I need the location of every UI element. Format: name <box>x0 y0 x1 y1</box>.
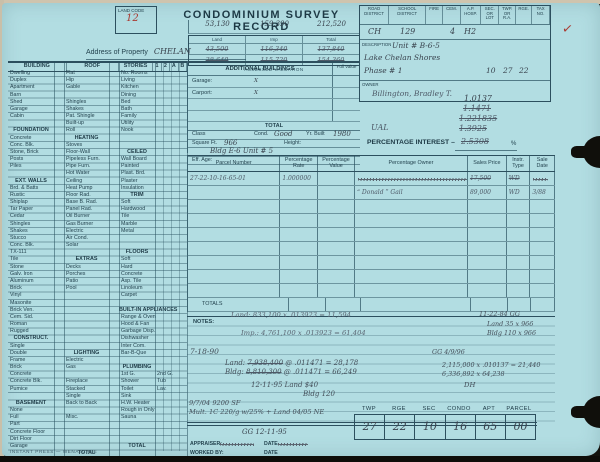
parcel-cell-date <box>530 172 555 185</box>
rule <box>332 111 333 122</box>
parcel-cell-type <box>507 242 531 255</box>
checklist-row: Conc. Blk.Solar <box>8 242 187 249</box>
checklist-cell: Base B. Rad. <box>64 199 109 206</box>
checklist-cell <box>64 92 109 99</box>
checklist-cell: Concrete Floor <box>8 429 54 436</box>
checklist-row: PumiceStackedToiletLav. <box>8 386 187 393</box>
checklist-cell: Floor-Wall <box>64 149 109 156</box>
parcel-cell-price: 17,500 <box>468 172 507 185</box>
rule <box>332 76 333 87</box>
checklist-cell: Ceiling <box>64 178 109 185</box>
checklist-cell <box>119 242 155 249</box>
checklist-cell: Shingles <box>8 221 54 228</box>
scribbled-entry <box>358 178 467 181</box>
checklist-row: VinylCarpet <box>8 292 187 299</box>
checklist-cell <box>119 142 155 149</box>
parcel-cell-parcel <box>188 186 280 199</box>
district-column-label: FIRE <box>426 6 443 24</box>
parcel-cell-rate <box>280 284 318 297</box>
date-label: DATE <box>264 441 278 447</box>
legal-description: DESCRIPTION Unit # B-6-5 Lake Chelan Sho… <box>360 40 550 81</box>
checklist-cell: Hot Water <box>64 170 109 177</box>
checklist-row: DwellingFlatNo. Rooms <box>8 70 187 77</box>
district-column-label: CEM. <box>443 6 461 24</box>
checklist-item-label: Lav. <box>157 386 167 393</box>
checklist-row: NoneRough in Only <box>8 407 187 414</box>
parcel-cell-rate <box>280 200 318 213</box>
parcel-cell-price <box>468 242 507 255</box>
parcel-cell-owner: “ Donald ” Gail <box>355 186 468 199</box>
checklist-row: Dirt Floor <box>8 436 187 443</box>
parcel-cell-rate <box>280 270 318 283</box>
checklist-cell: Electric <box>64 228 109 235</box>
parcel-cell-text: “ Donald ” Gail <box>357 189 403 196</box>
rule <box>54 61 55 458</box>
checklist-row: Hot WaterPlast. Brd. <box>8 170 187 177</box>
checklist-cell: Concrete <box>8 371 54 378</box>
checklist-cell: None <box>8 407 54 414</box>
checklist-cell: Pipeless Furn. <box>64 156 109 163</box>
checklist-row: FrameElectric <box>8 357 187 364</box>
parcel-table-row <box>187 270 555 284</box>
rule <box>163 61 164 451</box>
district-column-label: SEC. OR LOT <box>481 6 499 24</box>
checklist-cell: Back to Back <box>64 400 109 407</box>
parcel-cell-date <box>530 242 555 255</box>
checklist-cell: Gas <box>64 364 109 371</box>
checklist-cell: Brick <box>8 285 54 292</box>
address-underline <box>86 59 246 60</box>
building-checklist: DwellingFlatNo. RoomsDuplexHipLivingApar… <box>8 70 187 458</box>
checklist-cell: Shiplap <box>8 199 54 206</box>
additional-building-mark: X <box>254 88 258 99</box>
checklist-cell: Dwelling <box>8 70 54 77</box>
parcel-table-column-header: Percentage Owner <box>355 156 468 171</box>
checklist-cell: Full <box>8 414 54 421</box>
district-column-label: A.P. HOSP. <box>461 6 481 24</box>
checklist-cell: Pipe Furn. <box>64 163 109 170</box>
scan-edge-bottom <box>0 456 600 462</box>
description-twp: 27 <box>503 66 513 75</box>
parcel-id-value: 10 <box>415 415 445 439</box>
parcel-cell-value <box>318 200 355 213</box>
checklist-cell: Porches <box>64 271 109 278</box>
checklist-cell: Nook <box>119 127 155 134</box>
handwritten-note: Bldg 120 <box>303 390 335 398</box>
handwritten-note: 12-11-95 Land $40 <box>251 381 318 389</box>
checklist-cell: HEATING <box>64 135 109 142</box>
rule <box>332 88 333 99</box>
struck-note-text: 7,938,400 <box>247 359 283 367</box>
parcel-id-header: APT <box>474 406 504 412</box>
checklist-cell: Soft <box>119 199 155 206</box>
additional-building-row <box>188 111 360 123</box>
checklist-cell: Tile <box>8 256 54 263</box>
checklist-item-label: Shower <box>121 378 139 384</box>
percentage-side-note: UAL <box>371 123 389 132</box>
parcel-cell-owner <box>355 284 468 297</box>
checklist-row: ShedShinglesBed <box>8 99 187 106</box>
parcel-id-value: 65 <box>476 415 506 439</box>
district-panel: ROAD DISTRICTSCHOOL DISTRICTFIRECEM.A.P.… <box>359 5 551 102</box>
checklist-cell: Bar-B-Que <box>119 350 155 357</box>
class-label: Class <box>192 131 205 137</box>
checklist-cell: Utility <box>119 120 155 127</box>
checklist-cell: Stone <box>8 264 54 271</box>
parcel-id-header: RGE <box>384 406 414 412</box>
checklist-row: ShakesElectricMetal <box>8 228 187 235</box>
handwritten-note: Land: 833,100 x .013923 = 11,594 <box>231 311 351 319</box>
handwritten-note: 6,336,892 x 64,238 <box>442 370 505 378</box>
checklist-cell <box>119 436 155 443</box>
parcel-cell-value <box>318 256 355 269</box>
parcel-totals-cell <box>326 298 362 311</box>
sqft-label: Square Ft. <box>192 140 217 146</box>
checklist-row: PostsPipeless Furn.Wall Board <box>8 156 187 163</box>
parcel-cell-text: WD <box>509 175 520 182</box>
checklist-cell: Sauna <box>119 414 155 421</box>
percent-sign: % <box>511 141 516 147</box>
checklist-cell: 1st G.2nd G. <box>119 371 155 378</box>
scanned-survey-card: LAND CODE 12 CONDOMINIUM SURVEY RECORD 5… <box>0 0 600 462</box>
checklist-cell: Hard <box>119 264 155 271</box>
checklist-cell: Kitchen <box>119 84 155 91</box>
checklist-cell: Concrete Blk. <box>8 378 54 385</box>
parcel-id-value: 16 <box>446 415 476 439</box>
district-values-row: CH1294H2 <box>360 25 550 40</box>
checklist-row: Concrete Floor <box>8 429 187 436</box>
checklist-cell <box>64 307 109 314</box>
checklist-cell: Single <box>64 393 109 400</box>
address-row: Address of Property CHELAN <box>86 47 191 56</box>
checklist-cell: Bath <box>119 106 155 113</box>
rule <box>64 61 65 458</box>
checklist-cell: Stoves <box>64 142 109 149</box>
parcel-cell-date <box>530 200 555 213</box>
checklist-row: BarnDining <box>8 92 187 99</box>
parcel-table-row <box>187 214 555 228</box>
checklist-cell <box>64 292 109 299</box>
checklist-cell: CEILED <box>119 149 155 156</box>
checklist-cell: Rough in Only <box>119 407 155 414</box>
checklist-row: CONSTRUCT.Dishwasher <box>8 335 187 342</box>
checklist-row: AluminumPatioAsp. Tile <box>8 278 187 285</box>
checklist-cell: Garbage Disp. <box>119 328 155 335</box>
checklist-cell: Marble <box>119 221 155 228</box>
parcel-table-row: 27-22-10-16-65-011.00000017,500WD <box>187 172 555 186</box>
survey-card: LAND CODE 12 CONDOMINIUM SURVEY RECORD 5… <box>2 3 600 456</box>
valuation-column-labels: LandImpTotal <box>189 36 359 43</box>
checklist-row: Concrete1st G.2nd G. <box>8 371 187 378</box>
checklist-cell: Cedar <box>8 213 54 220</box>
parcel-cell-text: 3/88 <box>532 189 545 196</box>
checklist-cell: Floor Rad. <box>64 192 109 199</box>
district-column-label: TWP. OR R.A. <box>499 6 516 24</box>
parcel-id-value: 27 <box>355 415 385 439</box>
additional-building-label: Garage: <box>192 78 212 84</box>
checklist-item-label: 1st G. <box>121 371 135 377</box>
checklist-cell: Plaster <box>119 178 155 185</box>
parcel-table-row <box>187 256 555 270</box>
checklist-cell: Pool <box>64 285 109 292</box>
printer-mark: INSTANT PRESS — WENATCHEE <box>10 449 97 454</box>
worked-penciled-note: GG 12-11-95 <box>242 428 287 436</box>
parcel-cell-text: 17,500 <box>470 175 491 182</box>
parcel-cell-parcel <box>188 284 280 297</box>
description-line-1: Unit # B-6-5 <box>392 41 440 50</box>
parcel-cell-parcel <box>188 228 280 241</box>
checklist-row: Concrete Blk.FireplaceShowerTub <box>8 378 187 385</box>
checklist-cell: LIGHTING <box>64 350 109 357</box>
checklist-cell: FLOORS <box>119 249 155 256</box>
checklist-cell: Roman <box>8 321 54 328</box>
checklist-cell: TRIM <box>119 192 155 199</box>
owner-box: OWNER Billington, Bradley T. <box>360 81 550 102</box>
owner-value: Billington, Bradley T. <box>372 89 452 98</box>
checklist-cell: EXT. WALLS <box>8 178 54 185</box>
checklist-row: Conc. Blk.Stoves <box>8 142 187 149</box>
checklist-cell: BUILT-IN APPLIANCES <box>119 307 155 314</box>
description-label: DESCRIPTION <box>362 42 391 47</box>
parcel-cell-type <box>507 256 531 269</box>
parcel-cell-rate <box>280 214 318 227</box>
checklist-row: CedarOil BurnerTile <box>8 213 187 220</box>
handwritten-note: 7-18-90 <box>190 347 219 356</box>
parcel-cell-date: 3/88 <box>530 186 555 199</box>
parcel-cell-type <box>507 200 531 213</box>
district-header-row: ROAD DISTRICTSCHOOL DISTRICTFIRECEM.A.P.… <box>360 6 550 25</box>
checklist-row: BrickGasPLUMBING <box>8 364 187 371</box>
checklist-cell: Brd. & Batts <box>8 185 54 192</box>
parcel-cell-owner <box>355 270 468 283</box>
parcel-cell-owner <box>355 172 468 185</box>
checklist-cell: Hood & Fan <box>119 321 155 328</box>
checklist-cell: Built-up <box>64 120 109 127</box>
parcel-cell-owner <box>355 200 468 213</box>
district-value: 4 <box>450 27 455 36</box>
checklist-row: Galv. IronPorchesConcrete <box>8 271 187 278</box>
valuation-penciled-row: 53,130159,390212,520 <box>188 20 360 34</box>
parcel-cell-text: 1.000000 <box>282 175 311 182</box>
parcel-table-row <box>187 228 555 242</box>
parcel-table-column-header: Parcel Number <box>188 156 280 171</box>
checklist-cell: ShowerTub <box>119 378 155 385</box>
handwritten-note: 2,115,000 x .010137 = 21,440 <box>442 361 540 369</box>
district-column-label: ROAD DISTRICT <box>360 6 389 24</box>
checklist-cell: Masonite <box>8 300 54 307</box>
additional-buildings: ADDITIONAL BUILDINGS Full Value Garage:X… <box>187 61 360 153</box>
rule <box>155 61 156 458</box>
parcel-cell-date <box>530 214 555 227</box>
percentage-interest-block: 1.0137 1.1471 1.221835 1.3925 2.5308 UAL… <box>359 101 554 153</box>
checklist-cell: Concrete <box>119 271 155 278</box>
checklist-cell: TOTAL <box>119 443 155 450</box>
checklist-cell: Cabin <box>8 113 54 120</box>
checklist-cell: Inter Com. <box>119 343 155 350</box>
checklist-row: GarageShakesBath <box>8 106 187 113</box>
parcel-cell-rate <box>280 186 318 199</box>
parcel-table-row <box>187 200 555 214</box>
checklist-cell: Conc. Blk. <box>8 242 54 249</box>
checklist-cell: Tar Paper <box>8 206 54 213</box>
sqft-value: 966 <box>224 139 237 147</box>
description-rge: 22 <box>519 66 529 75</box>
parcel-cell-owner <box>355 242 468 255</box>
checklist-cell: Brick Ven. <box>8 307 54 314</box>
checklist-cell: Electric <box>64 357 109 364</box>
valuation-column-label: Imp <box>246 36 303 43</box>
percentage-struck: 1.1471 <box>463 104 491 113</box>
checklist-row: Masonite <box>8 300 187 307</box>
checklist-cell: Shingles <box>64 99 109 106</box>
checklist-cell <box>8 170 54 177</box>
checklist-cell: Stucco <box>8 235 54 242</box>
handwritten-note: 9/7/04 9200 SF <box>189 399 240 407</box>
percentage-struck: 2.5308 <box>461 137 489 146</box>
checklist-row: Brick Ven.BUILT-IN APPLIANCES <box>8 307 187 314</box>
checklist-cell: BASEMENT <box>8 400 54 407</box>
parcel-cell-value <box>318 284 355 297</box>
parcel-cell-text: WD <box>509 189 520 196</box>
checklist-cell <box>119 135 155 142</box>
parcel-cell-text: 27-22-10-16-65-01 <box>190 175 246 182</box>
additional-building-row <box>188 99 360 111</box>
checklist-cell <box>119 300 155 307</box>
additional-building-row: Carport:X <box>188 88 360 100</box>
checklist-cell <box>119 429 155 436</box>
district-value: CH <box>368 27 381 36</box>
parcel-cell-value <box>318 186 355 199</box>
parcel-id-values: 272210166500 <box>354 414 536 440</box>
parcel-cell-date <box>530 256 555 269</box>
checklist-row: ShinglesGas BurnerMarble <box>8 221 187 228</box>
parcel-cell-type <box>507 284 531 297</box>
handwritten-note: Bldg 110 x 966 <box>487 329 536 337</box>
checklist-row: Brd. & BattsHeat PumpInsulation <box>8 185 187 192</box>
checklist-row: CabinPat. ShingleFamily <box>8 113 187 120</box>
parcel-table-row <box>187 242 555 256</box>
parcel-id-header: SEC <box>414 406 444 412</box>
checklist-cell: Rustic <box>8 192 54 199</box>
checklist-cell <box>119 235 155 242</box>
checklist-cell <box>64 343 109 350</box>
parcel-cell-owner <box>355 256 468 269</box>
handwritten-note: 11-22-84 GG <box>479 310 520 318</box>
checklist-cell: Gable <box>64 84 109 91</box>
checklist-cell: Sink <box>119 393 155 400</box>
percentage-underline <box>455 150 517 151</box>
checklist-cell <box>64 321 109 328</box>
parcel-cell-parcel <box>188 242 280 255</box>
land-code-box: LAND CODE 12 <box>115 6 157 34</box>
checklist-cell <box>64 328 109 335</box>
checklist-cell: Air Cond. <box>64 235 109 242</box>
parcel-id-headers: TWPRGESECCONDOAPTPARCEL <box>354 406 536 412</box>
parcel-cell-price <box>468 200 507 213</box>
checklist-cell <box>119 421 155 428</box>
checklist-row: DoubleLIGHTINGBar-B-Que <box>8 350 187 357</box>
height-label: Height: <box>284 140 301 146</box>
additional-buildings-label: ADDITIONAL BUILDINGS <box>188 63 332 75</box>
checklist-cell: Hardwood <box>119 206 155 213</box>
handwritten-note: Bldg: 8,810,300 @ .011471 = 66,249 <box>225 368 357 376</box>
parcel-cell-price <box>468 256 507 269</box>
district-column-label: RGE. <box>516 6 532 24</box>
parcel-table-header: Parcel NumberPercentage RatePercentage V… <box>187 155 555 172</box>
checklist-row: RusticFloor Rad.TRIM <box>8 192 187 199</box>
valuation-column-label: Total <box>303 36 359 43</box>
parcel-cell-price <box>468 228 507 241</box>
parcel-cell-type: WD <box>507 186 531 199</box>
checklist-cell <box>64 436 109 443</box>
address-label: Address of Property <box>86 49 148 56</box>
yr-built-value: 1980 <box>333 130 351 138</box>
additional-building-label: Carport: <box>192 90 212 96</box>
valuation-struck-value: 137,840 <box>303 43 359 54</box>
checklist-cell: Fireplace <box>64 378 109 385</box>
parcel-cell-owner <box>355 214 468 227</box>
checklist-cell <box>64 421 109 428</box>
checklist-row: Built-upUtility <box>8 120 187 127</box>
checklist-cell: Family <box>119 113 155 120</box>
parcel-table-rows: 27-22-10-16-65-011.00000017,500WD“ Donal… <box>187 172 555 298</box>
percentage-current: 1.0137 <box>464 94 492 103</box>
checklist-cell: Stone, Brick <box>8 149 54 156</box>
checklist-cell: Bed <box>119 99 155 106</box>
parcel-id-header: PARCEL <box>504 406 534 412</box>
checklist-cell: Piles <box>8 163 54 170</box>
land-code-value: 12 <box>126 13 139 24</box>
additional-building-mark: X <box>254 76 258 87</box>
parcel-owner-table: Parcel NumberPercentage RatePercentage V… <box>187 155 555 312</box>
checklist-cell: Posts <box>8 156 54 163</box>
checklist-cell: Painted <box>119 163 155 170</box>
parcel-table-column-header: Sale Date <box>530 156 555 171</box>
valuation-column-label: Land <box>189 36 246 43</box>
checklist-row: PilesPipe Furn.Painted <box>8 163 187 170</box>
parcel-cell-type <box>507 214 531 227</box>
scribbled-appraiser <box>220 443 254 446</box>
checklist-cell: Conc. Blk. <box>8 142 54 149</box>
checklist-cell: Cem. Sid. <box>8 314 54 321</box>
valuation-penciled-value: 53,130 <box>189 20 246 33</box>
checklist-cell: No. Rooms <box>119 70 155 77</box>
parcel-id-header: CONDO <box>444 406 474 412</box>
class-row: Class Cond. Good Yr. Built 1980 <box>188 131 360 140</box>
checklist-cell: Barn <box>8 92 54 99</box>
parcel-cell-text: 89,000 <box>470 189 491 196</box>
checklist-cell <box>8 120 54 127</box>
checklist-cell <box>119 357 155 364</box>
checklist-cell: Hip <box>64 77 109 84</box>
checklist-cell <box>64 335 109 342</box>
parcel-cell-value <box>318 172 355 185</box>
checklist-cell: Range & Oven <box>119 314 155 321</box>
parcel-cell-rate: 1.000000 <box>280 172 318 185</box>
percentage-struck: 1.3925 <box>459 124 487 133</box>
checklist-cell <box>64 249 109 256</box>
parcel-id-header: TWP <box>354 406 384 412</box>
checklist-row: Cem. Sid.Range & Oven <box>8 314 187 321</box>
rule <box>179 61 180 451</box>
description-sec: 10 <box>486 66 496 75</box>
handwritten-note: GG 4/9/96 <box>432 348 465 356</box>
yr-built-label: Yr. Built <box>306 131 325 137</box>
checklist-cell: Dirt Floor <box>8 436 54 443</box>
checklist-cell: Decks <box>64 264 109 271</box>
checklist-row: EXT. WALLSCeilingPlaster <box>8 178 187 185</box>
checklist-cell: Pumice <box>8 386 54 393</box>
